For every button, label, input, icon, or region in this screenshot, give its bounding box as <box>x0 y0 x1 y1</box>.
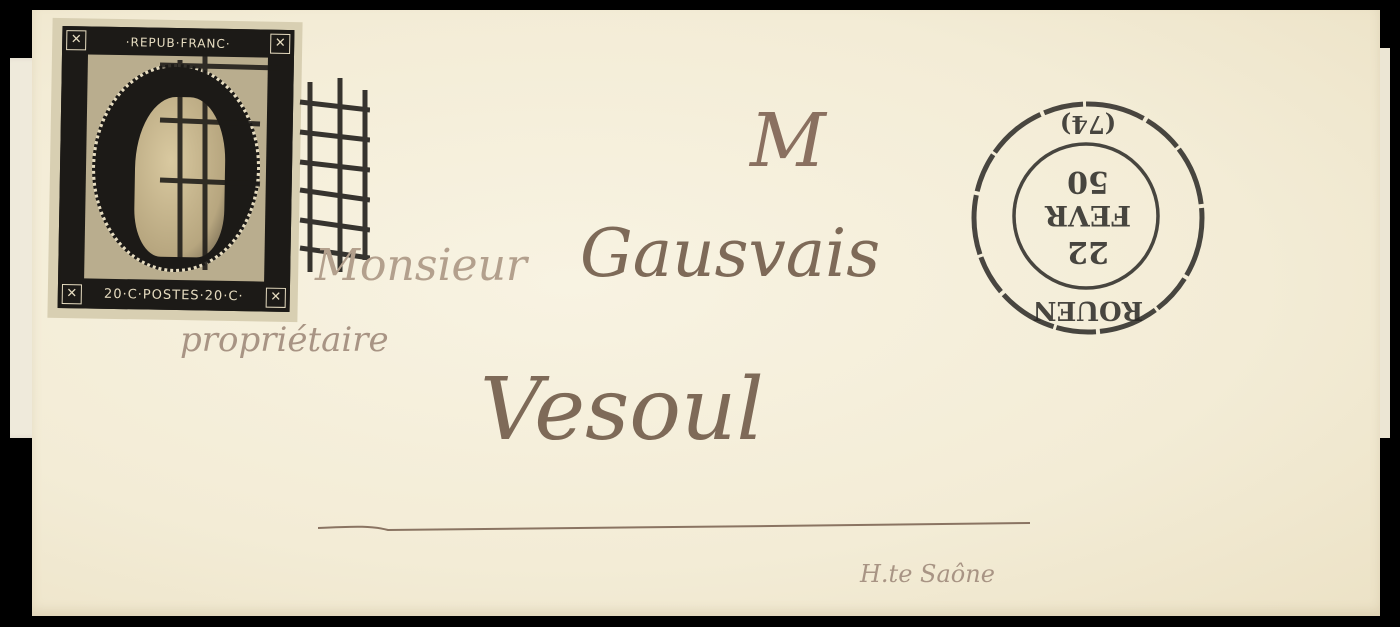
address-salutation: Monsieur <box>315 240 527 291</box>
postmark-day: 22 <box>1067 234 1109 269</box>
stamp-bottom-inscription: 20·C·POSTES·20·C· <box>82 282 266 307</box>
address-city: Vesoul <box>480 360 764 460</box>
postmark-month: FEVR <box>1044 199 1131 232</box>
postmark-town: ROUEN <box>1033 295 1144 325</box>
address-underline <box>318 520 1030 532</box>
postmark-department: (74) <box>1060 110 1116 139</box>
stamp-corner-icon: ✕ <box>66 30 86 50</box>
address-title: M <box>750 98 826 184</box>
rouen-postmark-icon: ROUEN 22 FEVR 50 (74) <box>968 98 1208 338</box>
address-name: Gausvais <box>580 215 880 292</box>
address-occupation: propriétaire <box>180 320 389 360</box>
address-department: H.te Saône <box>860 560 995 588</box>
postmark-year: 50 <box>1067 164 1109 199</box>
stamp-corner-icon: ✕ <box>62 284 82 304</box>
stamp-corner-icon: ✕ <box>266 288 286 308</box>
